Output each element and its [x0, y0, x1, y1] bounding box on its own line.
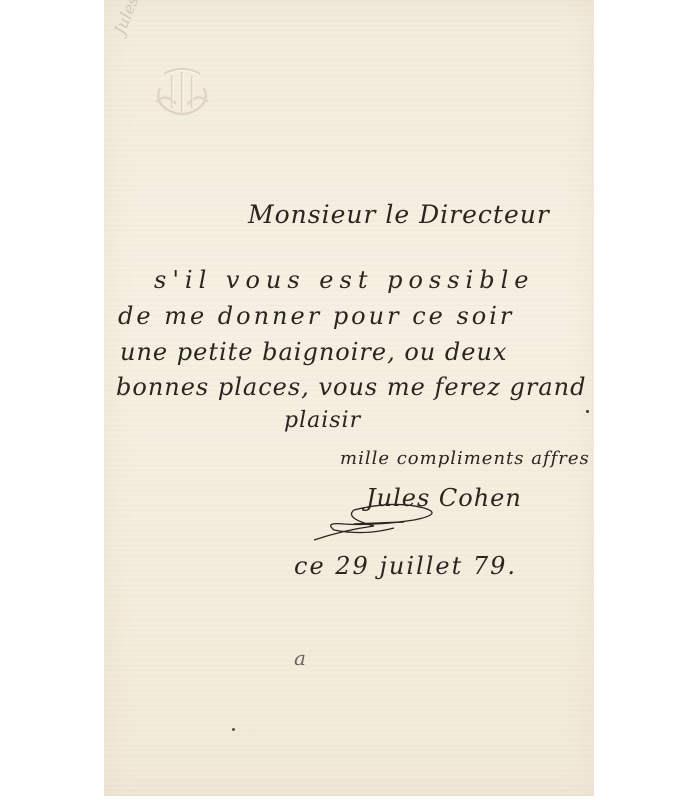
body-line-3: une petite baignoire, ou deux: [120, 338, 507, 366]
salutation: Monsieur le Directeur: [248, 200, 550, 229]
body-line-1: s'il vous est possible: [154, 266, 534, 294]
body-line-2: de me donner pour ce soir: [118, 302, 514, 330]
letter-page: Jules Cohen Monsieur le Directeur s'il v…: [104, 0, 594, 796]
body-line-5: plaisir: [284, 408, 361, 433]
embossed-monogram-icon: [150, 62, 214, 124]
ink-dot: [232, 728, 235, 731]
pencil-annotation: Jules Cohen: [110, 0, 234, 71]
date: ce 29 juillet 79.: [294, 552, 517, 580]
margin-mark: a: [294, 646, 307, 670]
body-line-4: bonnes places, vous me ferez grand: [116, 373, 586, 401]
ink-dot: [586, 410, 589, 413]
closing: mille compliments affres: [340, 448, 590, 469]
